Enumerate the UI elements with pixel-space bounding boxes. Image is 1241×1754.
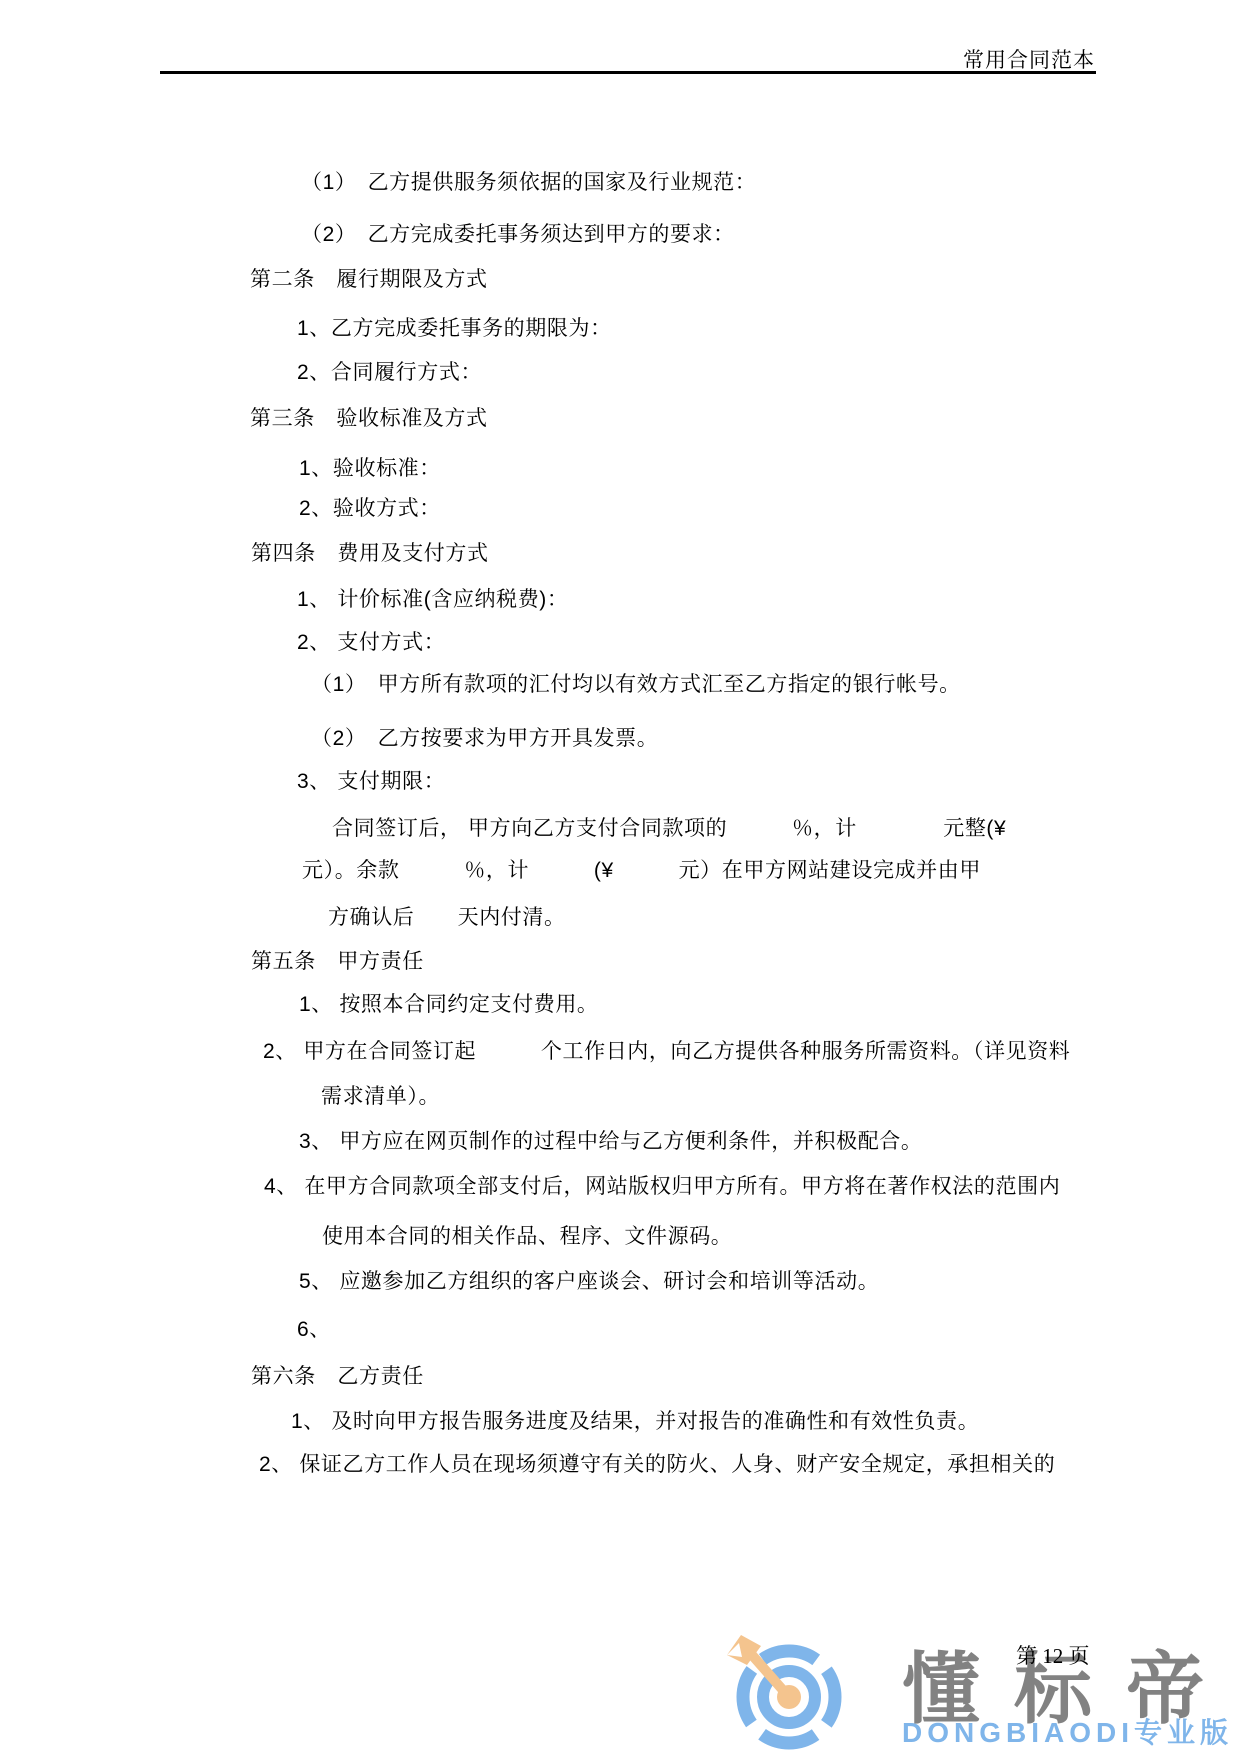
watermark-brand-en: DONGBIAODI专业版 [902,1717,1233,1749]
contract-line: 1、 计价标准(含应纳税费)： [297,587,569,612]
contract-line: 1、 及时向甲方报告服务进度及结果，并对报告的准确性和有效性负责。 [291,1409,979,1434]
header-title: 常用合同范本 [963,44,1095,74]
contract-line: 2、验收方式： [299,496,441,521]
contract-subitem: （1） 甲方所有款项的汇付均以有效方式汇至乙方指定的银行帐号。 [311,672,961,697]
contract-line: 5、 应邀参加乙方组织的客户座谈会、研讨会和培训等活动。 [299,1269,879,1294]
contract-line: 1、乙方完成委托事务的期限为： [297,316,612,341]
contract-line: 1、验收标准： [299,456,441,481]
contract-subitem: （1） 乙方提供服务须依据的国家及行业规范： [301,170,756,195]
contract-line: 3、 甲方应在网页制作的过程中给与乙方便利条件，并积极配合。 [299,1129,923,1154]
clause-heading: 第二条 履行期限及方式 [250,267,488,292]
contract-subitem: （2） 乙方完成委托事务须达到甲方的要求： [301,222,735,247]
contract-line: 需求清单）。 [321,1084,440,1109]
contract-line: 3、 支付期限： [297,769,445,794]
contract-subitem: （2） 乙方按要求为甲方开具发票。 [311,726,658,751]
clause-heading: 第三条 验收标准及方式 [250,406,488,431]
contract-line: 1、 按照本合同约定支付费用。 [299,992,599,1017]
contract-line: 合同签订后， 甲方向乙方支付合同款项的 ％，计 元整(¥ [332,816,1006,841]
contract-line: 元）。余款 ％，计 (¥ 元）在甲方网站建设完成并由甲 [302,858,981,883]
contract-line: 2、合同履行方式： [297,360,482,385]
contract-line: 6、 [297,1317,331,1342]
contract-line: 4、 在甲方合同款项全部支付后，网站版权归甲方所有。甲方将在著作权法的范围内 [264,1174,1060,1199]
contract-line: 使用本合同的相关作品、程序、文件源码。 [322,1224,732,1249]
contract-line: 方确认后 天内付清。 [328,905,566,930]
document-page: 常用合同范本 （1） 乙方提供服务须依据的国家及行业规范： （2） 乙方完成委托… [0,0,1241,1754]
page-number: 第 12 页 [1016,1640,1090,1670]
contract-line: 2、 支付方式： [297,630,445,655]
clause-heading: 第六条 乙方责任 [251,1364,424,1389]
contract-line: 2、 甲方在合同签订起 个工作日内，向乙方提供各种服务所需资料。（详见资料 [263,1039,1070,1064]
header-rule [160,71,1096,74]
contract-line: 2、 保证乙方工作人员在现场须遵守有关的防火、人身、财产安全规定，承担相关的 [259,1452,1055,1477]
clause-heading: 第五条 甲方责任 [251,949,424,974]
clause-heading: 第四条 费用及支付方式 [251,541,489,566]
target-bullseye-with-arrow-icon [727,1633,847,1754]
